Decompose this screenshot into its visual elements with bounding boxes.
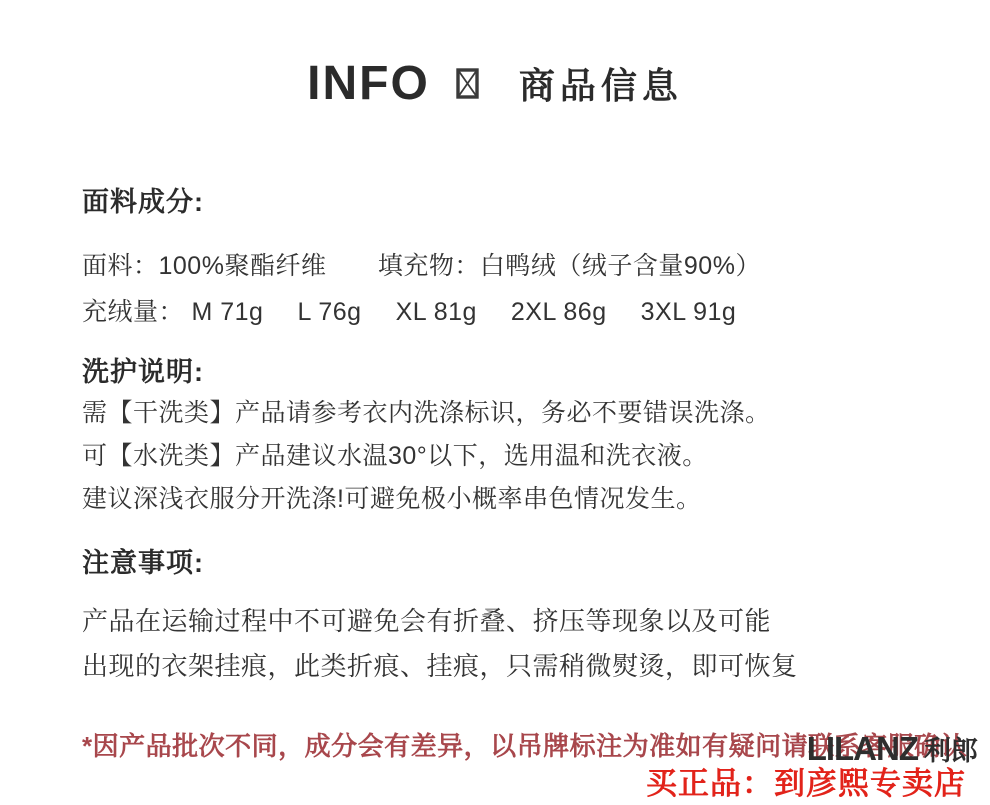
notes-text: 产品在运输过程中不可避免会有折叠、挤压等现象以及可能出现的衣架挂痕，此类折痕、挂… — [82, 599, 798, 689]
fill-weight-label: 充绒量： — [82, 298, 184, 326]
fill-weight-line: 充绒量： M 71gL 76gXL 81g2XL 86g3XL 91g — [82, 292, 736, 328]
care-instruction-line: 可【水洗类】产品建议水温30°以下，选用温和洗衣液。 — [82, 435, 771, 478]
care-section-heading: 洗护说明: — [82, 350, 204, 389]
missing-glyph-box-icon — [456, 68, 479, 99]
product-info-page: INFO 商品信息 面料成分: 面料：100%聚酯纤维 填充物：白鸭绒（绒子含量… — [0, 0, 990, 805]
page-header: INFO 商品信息 — [0, 56, 990, 111]
store-authenticity-notice: 买正品：到彦熙专卖店 — [646, 758, 966, 803]
care-instruction-line: 建议深浅衣服分开洗涤!可避免极小概率串色情况发生。 — [82, 478, 771, 521]
fabric-composition-line: 面料：100%聚酯纤维 填充物：白鸭绒（绒子含量90%） — [82, 246, 805, 282]
fill-weight-item: 2XL 86g — [511, 298, 607, 326]
care-instructions: 需【干洗类】产品请参考衣内洗涤标识，务必不要错误洗涤。可【水洗类】产品建议水温3… — [82, 392, 771, 521]
fabric-composition-value: 面料：100%聚酯纤维 — [82, 252, 326, 280]
filling-composition-value: 填充物：白鸭绒（绒子含量90%） — [378, 252, 761, 280]
fill-weight-item: XL 81g — [396, 298, 477, 326]
fabric-section-heading: 面料成分: — [82, 180, 204, 219]
care-instruction-line: 需【干洗类】产品请参考衣内洗涤标识，务必不要错误洗涤。 — [82, 392, 771, 435]
fill-weight-item: 3XL 91g — [641, 298, 737, 326]
fill-weight-list: M 71gL 76gXL 81g2XL 86g3XL 91g — [191, 298, 736, 326]
page-title: 商品信息 — [519, 58, 683, 109]
notes-text-line: 出现的衣架挂痕，此类折痕、挂痕，只需稍微熨烫，即可恢复 — [82, 644, 798, 689]
info-label: INFO — [307, 56, 430, 111]
fill-weight-item: M 71g — [191, 298, 263, 326]
fill-weight-item: L 76g — [297, 298, 361, 326]
notes-text-line: 产品在运输过程中不可避免会有折叠、挤压等现象以及可能 — [82, 599, 798, 644]
notes-section-heading: 注意事项: — [82, 541, 204, 580]
